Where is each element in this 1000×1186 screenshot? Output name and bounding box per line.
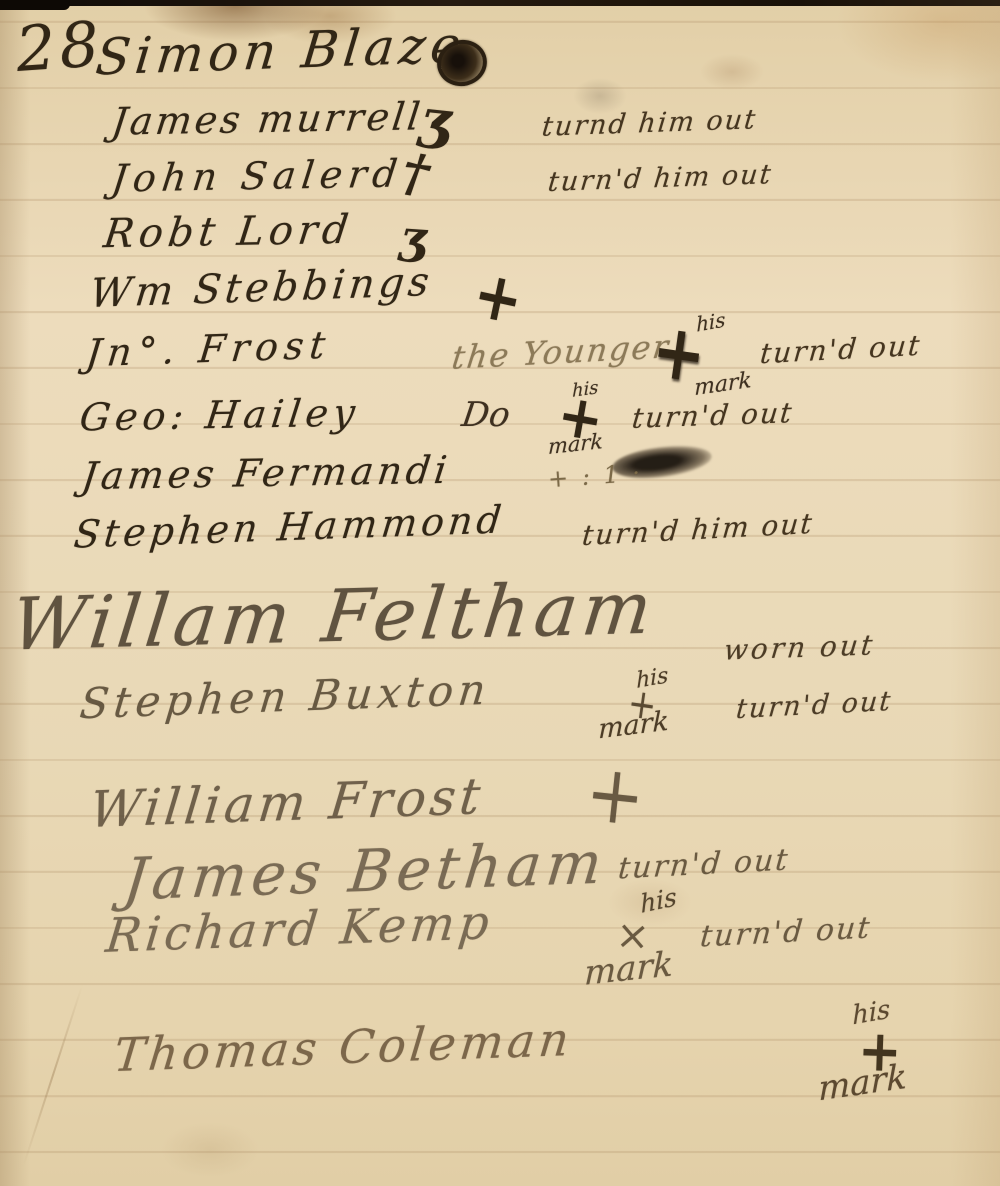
entry-note: turn'd out [631, 399, 795, 433]
his-label: his [572, 379, 598, 401]
entry-name: William Frost [87, 771, 486, 835]
entry-name: James murrell [110, 97, 425, 141]
entry-name: Richard Kemp [104, 899, 496, 960]
entry-name: James Betham [121, 833, 609, 908]
cross-mark-icon: + [582, 752, 649, 838]
signature-mark-icon: ʒ [398, 213, 427, 261]
mark-label: mark [818, 1060, 907, 1107]
entry-suffix: Do [460, 398, 513, 432]
entry-suffix: the Younger [450, 330, 672, 374]
entry-note: turn'd out [759, 332, 923, 369]
his-label: his [640, 884, 678, 917]
entry-name: Thomas Coleman [112, 1016, 575, 1078]
entry-note: turn'd him out [547, 161, 774, 196]
entry-note: turnd him out [541, 106, 759, 141]
faint-marks: + : 1 · [547, 461, 643, 492]
entry-name: Jn°. Frost [84, 326, 333, 373]
paper-crease [23, 984, 84, 1165]
entry-name: James Fermandi [80, 451, 453, 496]
page-number: 28 [14, 13, 105, 81]
heading-name: Simon Blaze [93, 19, 467, 82]
entry-name: Willam Feltham [8, 571, 660, 660]
scan-top-edge [0, 0, 1000, 6]
cross-mark-icon: + [468, 259, 529, 334]
mark-label: mark [694, 370, 751, 400]
entry-name: Stephen Buxton [78, 669, 493, 726]
manuscript-page: 28 Simon Blaze James murrell ʒ turnd him… [0, 0, 1000, 1186]
entry-name: Wm Stebbings [88, 262, 435, 314]
entry-name: Robt Lord [102, 210, 356, 254]
entry-note: turn'd out [699, 913, 873, 952]
scan-top-left-corner [0, 0, 70, 10]
his-label: his [696, 309, 726, 334]
signature-mark-icon: ʒ [417, 91, 453, 148]
entry-note: turn'd him out [581, 510, 815, 550]
entry-note: turn'd out [617, 845, 791, 884]
entry-name: Geo: Hailey [78, 394, 362, 437]
mark-label: mark [548, 431, 604, 458]
entry-note: worn out [723, 631, 877, 664]
entry-name: Stephen Hammond [72, 500, 507, 553]
entry-note: turn'd out [735, 688, 893, 723]
entry-name: John Salerd [110, 154, 406, 197]
mark-label: mark [598, 708, 669, 744]
mark-label: mark [584, 947, 674, 991]
